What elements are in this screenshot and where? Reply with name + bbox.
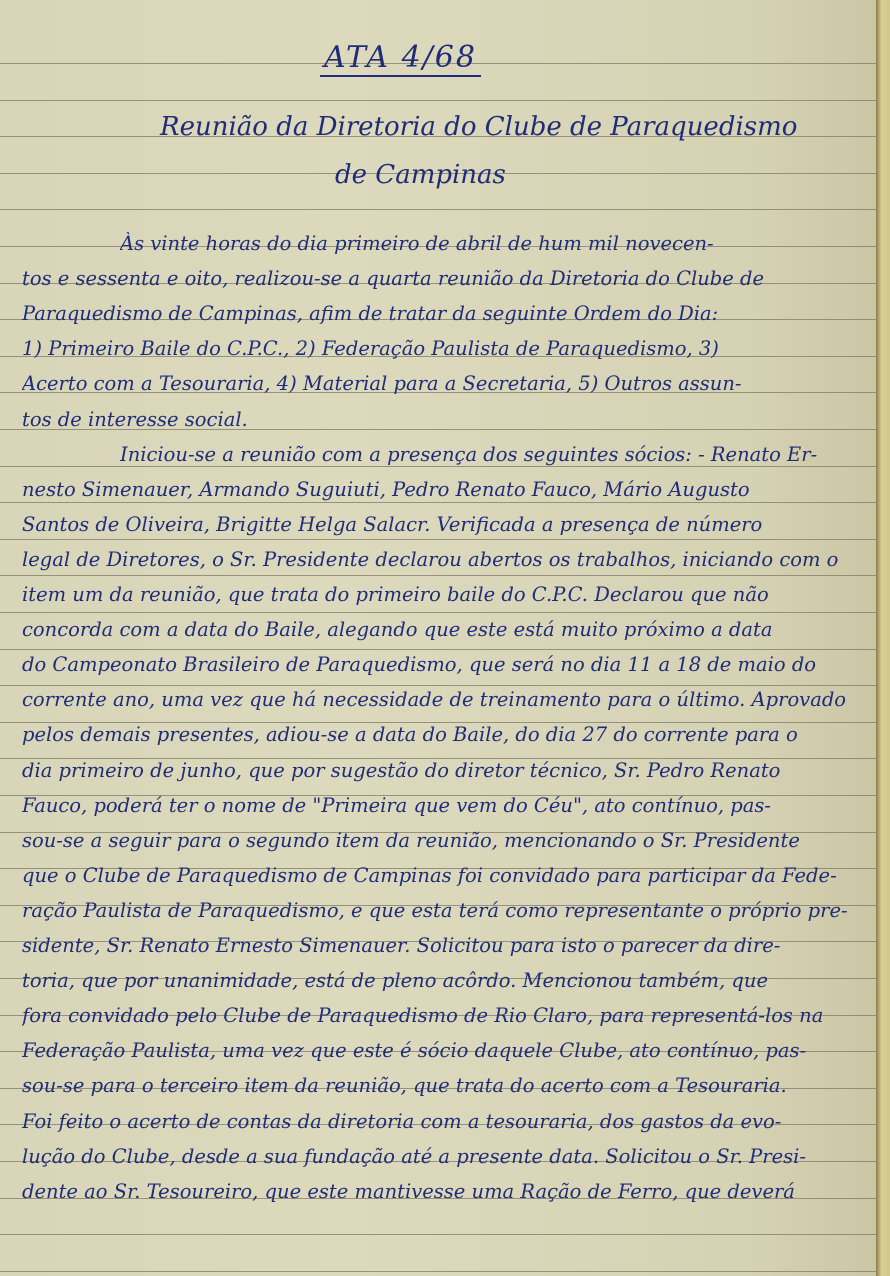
text-line: Paraquedismo de Campinas, afim de tratar…: [22, 302, 862, 325]
text-line: ração Paulista de Paraquedismo, e que es…: [22, 899, 862, 922]
text-line: que o Clube de Paraquedismo de Campinas …: [22, 864, 862, 887]
text-line: Acerto com a Tesouraria, 4) Material par…: [22, 372, 862, 395]
text-line: sou-se a seguir para o segundo item da r…: [22, 829, 862, 852]
ruled-line: [0, 502, 876, 503]
ruled-line: [0, 612, 876, 613]
text-line: Iniciou-se a reunião com a presença dos …: [120, 443, 860, 466]
text-line: dente ao Sr. Tesoureiro, que este mantiv…: [22, 1180, 862, 1203]
ruled-line: [0, 539, 876, 540]
text-line: tos de interesse social.: [22, 408, 862, 431]
ruled-line: [0, 1234, 876, 1235]
text-line: Às vinte horas do dia primeiro de abril …: [120, 232, 860, 255]
text-line: dia primeiro de junho, que por sugestão …: [22, 759, 862, 782]
heading-line-1: Reunião da Diretoria do Clube de Paraque…: [160, 112, 797, 142]
text-line: nesto Simenauer, Armando Suguiuti, Pedro…: [22, 478, 862, 501]
ruled-line: [0, 1271, 876, 1272]
text-line: toria, que por unanimidade, está de plen…: [22, 969, 862, 992]
ruled-line: [0, 685, 876, 686]
text-line: tos e sessenta e oito, realizou-se a qua…: [22, 267, 862, 290]
ruled-line: [0, 466, 876, 467]
text-line: 1) Primeiro Baile do C.P.C., 2) Federaçã…: [22, 337, 862, 360]
heading-line-2: de Campinas: [335, 160, 506, 190]
text-line: sidente, Sr. Renato Ernesto Simenauer. S…: [22, 934, 862, 957]
text-line: Santos de Oliveira, Brigitte Helga Salac…: [22, 513, 862, 536]
text-line: do Campeonato Brasileiro de Paraquedismo…: [22, 653, 862, 676]
text-line: corrente ano, uma vez que há necessidade…: [22, 688, 862, 711]
ruled-line: [0, 649, 876, 650]
text-line: Fauco, poderá ter o nome de "Primeira qu…: [22, 794, 862, 817]
page-title: ATA 4/68: [320, 40, 481, 77]
text-line: sou-se para o terceiro item da reunião, …: [22, 1074, 862, 1097]
ruled-line: [0, 100, 876, 101]
text-line: lução do Clube, desde a sua fundação até…: [22, 1145, 862, 1168]
text-line: Federação Paulista, uma vez que este é s…: [22, 1039, 862, 1062]
text-line: pelos demais presentes, adiou-se a data …: [22, 723, 862, 746]
text-line: concorda com a data do Baile, alegando q…: [22, 618, 862, 641]
ruled-line: [0, 575, 876, 576]
text-line: legal de Diretores, o Sr. Presidente dec…: [22, 548, 862, 571]
notebook-page: ATA 4/68 Reunião da Diretoria do Clube d…: [0, 0, 876, 1276]
text-line: Foi feito o acerto de contas da diretori…: [22, 1110, 862, 1133]
text-line: fora convidado pelo Clube de Paraquedism…: [22, 1004, 862, 1027]
ruled-line: [0, 209, 876, 210]
page-binding: [876, 0, 890, 1276]
text-line: item um da reunião, que trata do primeir…: [22, 583, 862, 606]
